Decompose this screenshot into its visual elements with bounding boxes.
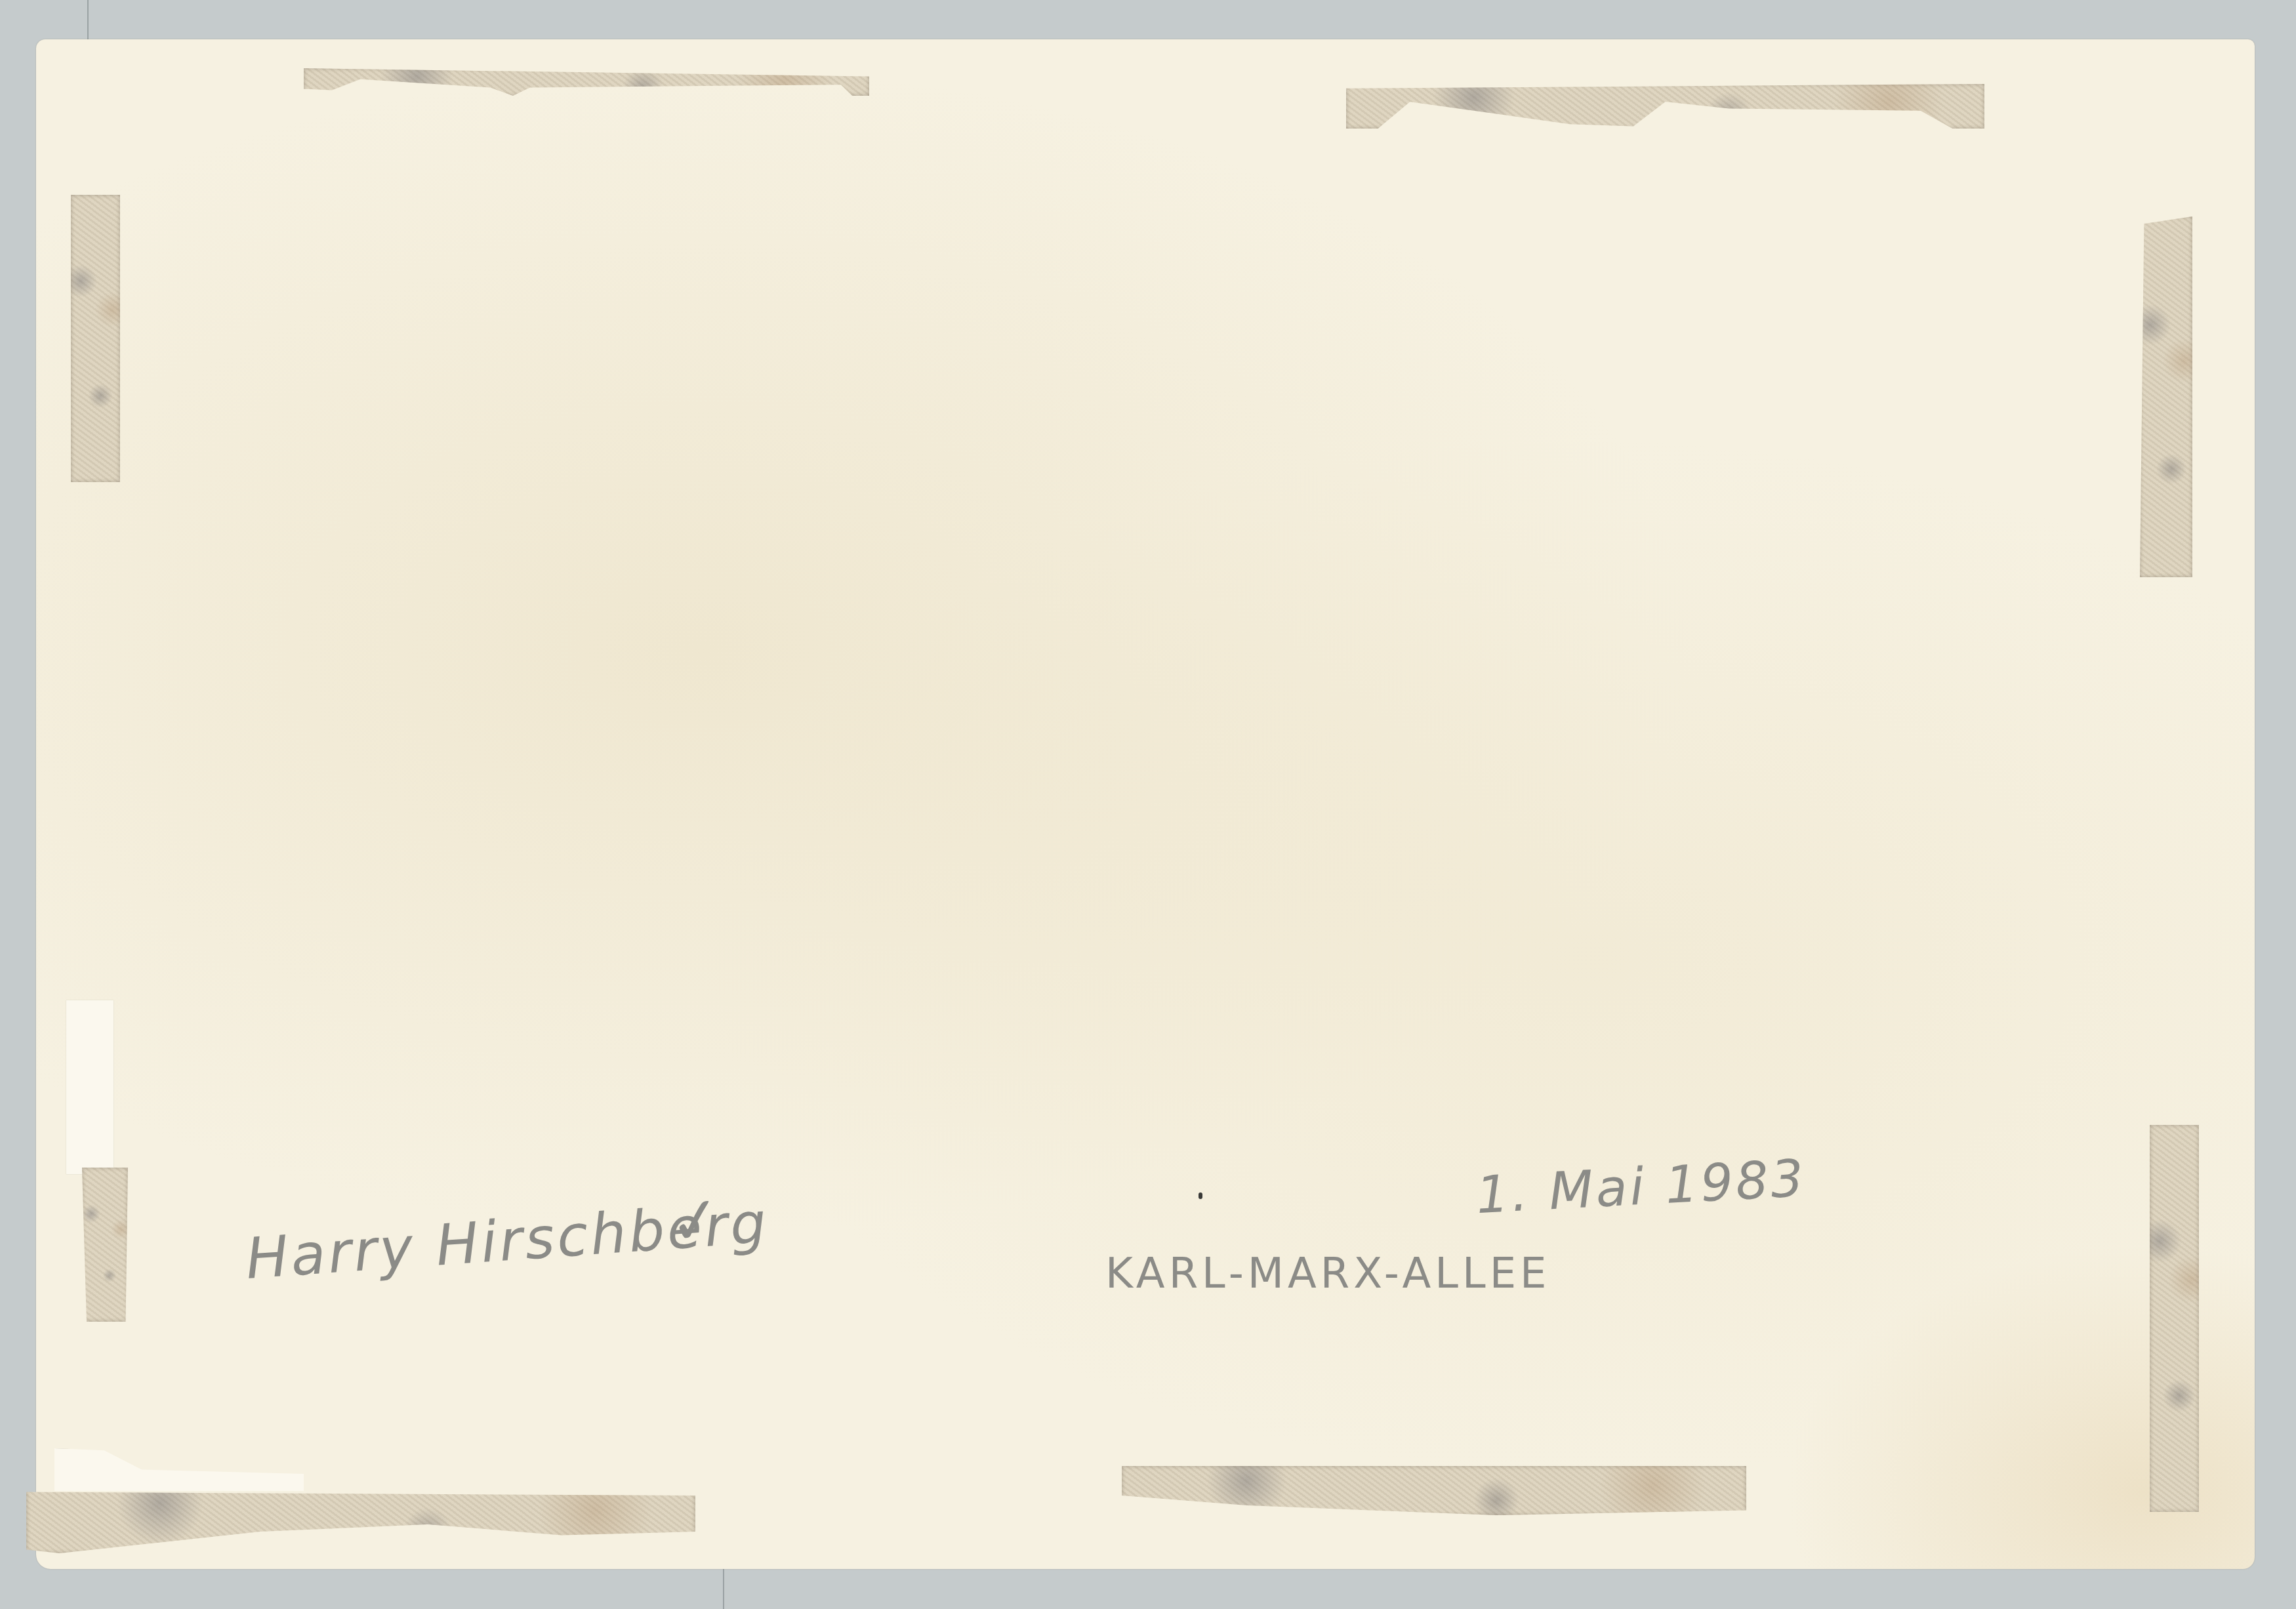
tape-remnant-left-upper	[71, 195, 120, 482]
tape-remnant-right-upper	[2140, 216, 2192, 577]
date-label: 1. Mai 1983	[1475, 1149, 1807, 1225]
tape-scar-left-lower	[66, 1000, 113, 1174]
tape-remnant-top-right	[1346, 84, 1984, 129]
photo-verso-paper: Harry Hirschberg ✓ KARL-MARX-ALLEE 1. Ma…	[36, 39, 2255, 1569]
tape-remnant-right-lower	[2150, 1125, 2199, 1512]
location-label: KARL-MARX-ALLEE	[1105, 1250, 1551, 1298]
tape-remnant-bottom-left	[26, 1481, 695, 1553]
debris-speck	[1199, 1192, 1202, 1199]
check-mark: ✓	[665, 1181, 729, 1261]
scanner-guide-line	[723, 1569, 724, 1609]
tape-remnant-top-left	[304, 68, 869, 96]
tape-remnant-bottom-center	[1122, 1466, 1746, 1515]
tape-remnant-left-lower	[82, 1168, 128, 1322]
tape-scar-bottom-left	[54, 1448, 304, 1491]
scanner-guide-line	[87, 0, 89, 41]
